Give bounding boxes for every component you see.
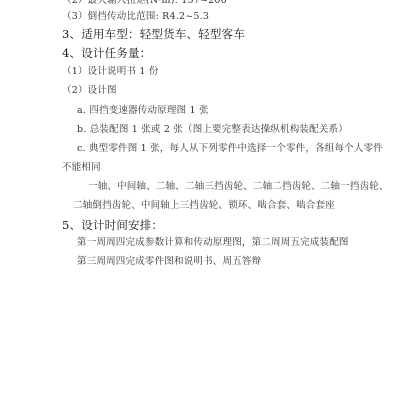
- text-line: 二轴倒挡齿轮、中间轴上三挡齿轮、锁环、啮合套、啮合套座: [73, 200, 335, 212]
- text-line: （2）最大输入扭矩(N·m): 157~200: [62, 0, 227, 7]
- text-line: 不能相同: [62, 162, 101, 174]
- text-line: 4、设计任务量：: [62, 46, 151, 60]
- text-line: a. 四挡变速器传动原理图 1 张: [77, 105, 209, 117]
- text-line: 第三周周四完成零件图和说明书、周五答辩: [77, 256, 261, 268]
- text-line: 一轴、中间轴、二轴、二轴三挡齿轮、二轴二挡齿轮、二轴一挡齿轮、: [88, 181, 389, 193]
- text-line: 第一周周四完成参数计算和传动原理图，第二周周五完成装配图: [77, 237, 349, 249]
- text-line: 3、适用车型：轻型货车、轻型客车: [62, 27, 245, 41]
- text-line: （1）设计说明书 1 份: [62, 66, 159, 78]
- text-line: b. 总装配图 1 张或 2 张（图上要完整表达操纵机构装配关系）: [77, 124, 348, 136]
- text-line: 5、设计时间安排：: [62, 218, 163, 232]
- text-line: c. 典型零件图 1 张，每人从下列零件中选择一个零件，各组每个人零件: [77, 143, 383, 155]
- text-line: （2）设计图: [62, 85, 117, 97]
- text-line: （3）倒挡传动比范围: R4.2~5.3: [62, 11, 209, 23]
